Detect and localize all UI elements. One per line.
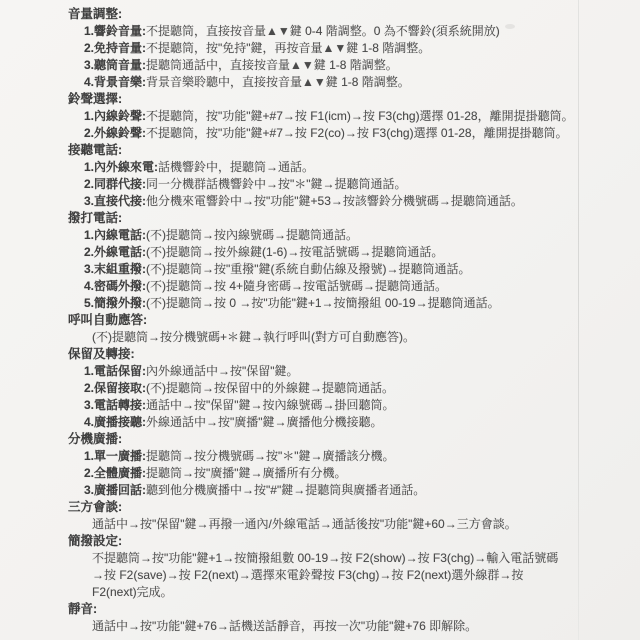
item-text: 同一分機群話機響鈴中→按"＊"鍵→提聽筒通話。	[146, 177, 407, 191]
section-title: 靜音:	[68, 601, 608, 618]
item-label: 3.末組重撥:	[84, 262, 146, 276]
instruction-line: 2.全體廣播:提聽筒→按"廣播"鍵→廣播所有分機。	[68, 465, 608, 482]
instruction-line: 3.末組重撥:(不)提聽筒→按"重撥"鍵(系統自動佔線及撥號)→提聽筒通話。	[68, 261, 608, 278]
instruction-line: 4.密碼外撥:(不)提聽筒→按 4+隨身密碼→按電話號碼→提聽筒通話。	[68, 278, 608, 295]
item-label: 2.免持音量:	[84, 41, 146, 55]
instruction-line: 4.廣播接聽:外線通話中→按"廣播"鍵→廣播他分機接聽。	[68, 414, 608, 431]
section-title: 音量調整:	[68, 6, 608, 23]
instruction-line: 2.外線鈴聲:不提聽筒，按"功能"鍵+#7→按 F2(co)→按 F3(chg)…	[68, 125, 608, 142]
item-text: 通話中→按"保留"鍵→按內線號碼→掛回聽筒。	[146, 398, 395, 412]
section-title: 分機廣播:	[68, 431, 608, 448]
instruction-line: 1.內線電話:(不)提聽筒→按內線號碼→提聽筒通話。	[68, 227, 608, 244]
item-label: 3.電話轉接:	[84, 398, 146, 412]
item-label: 2.全體廣播:	[84, 466, 146, 480]
item-text: →按 F2(save)→按 F2(next)→選擇來電鈴聲按 F3(chg)→按…	[92, 568, 523, 582]
section-title: 三方會談:	[68, 499, 608, 516]
item-label: 1.內外線來電:	[84, 160, 158, 174]
item-text: (不)提聽筒→按"重撥"鍵(系統自動佔線及撥號)→提聽筒通話。	[146, 262, 471, 276]
item-label: 1.內線鈴聲:	[84, 109, 146, 123]
item-label: 2.同群代接:	[84, 177, 146, 191]
item-label: 4.廣播接聽:	[84, 415, 146, 429]
item-label: 2.保留接取:	[84, 381, 146, 395]
item-text: (不)提聽筒→按 4+隨身密碼→按電話號碼→提聽筒通話。	[146, 279, 447, 293]
item-label: 2.外線電話:	[84, 245, 146, 259]
item-text: 提聽筒→按分機號碼→按"＊"鍵→廣播該分機。	[146, 449, 395, 463]
item-label: 1.響鈴音量:	[84, 24, 146, 38]
instruction-line: 1.內外線來電:話機響鈴中，提聽筒→通話。	[68, 159, 608, 176]
item-text: 不提聽筒→按"功能"鍵+1→按簡撥組數 00-19→按 F2(show)→按 F…	[92, 551, 558, 565]
item-text: 他分機來電響鈴中→按"功能"鍵+53→按該響鈴分機號碼→提聽筒通話。	[146, 194, 523, 208]
instruction-line: 4.背景音樂:背景音樂聆聽中，直接按音量▲▼鍵 1-8 階調整。	[68, 74, 608, 91]
item-label: 1.內線電話:	[84, 228, 146, 242]
item-text: (不)提聽筒→按內線號碼→提聽筒通話。	[146, 228, 358, 242]
instruction-line: 1.電話保留:內外線通話中→按"保留"鍵。	[68, 363, 608, 380]
item-label: 3.直接代接:	[84, 194, 146, 208]
instruction-line: 5.簡撥外撥:(不)提聽筒→按 0 →按"功能"鍵+1→按簡撥組 00-19→提…	[68, 295, 608, 312]
instruction-line: F2(next)完成。	[68, 584, 608, 601]
item-text: F2(next)完成。	[92, 585, 173, 599]
instruction-line: →按 F2(save)→按 F2(next)→選擇來電鈴聲按 F3(chg)→按…	[68, 567, 608, 584]
item-label: 3.廣播回話:	[84, 483, 146, 497]
item-label: 4.背景音樂:	[84, 75, 146, 89]
section-title: 接聽電話:	[68, 142, 608, 159]
instruction-line: (不)提聽筒→按分機號碼+＊鍵→執行呼叫(對方可自動應答)。	[68, 329, 608, 346]
instruction-line: 3.直接代接:他分機來電響鈴中→按"功能"鍵+53→按該響鈴分機號碼→提聽筒通話…	[68, 193, 608, 210]
item-text: (不)提聽筒→按保留中的外線鍵→提聽筒通話。	[146, 381, 394, 395]
section-title: 呼叫自動應答:	[68, 312, 608, 329]
item-label: 2.外線鈴聲:	[84, 126, 146, 140]
section-title: 鈴聲選擇:	[68, 91, 608, 108]
instruction-line: 3.聽筒音量:提聽筒通話中，直接按音量▲▼鍵 1-8 階調整。	[68, 57, 608, 74]
item-text: 通話中→按"功能"鍵+76→話機送話靜音，再按一次"功能"鍵+76 即解除。	[92, 619, 477, 633]
section-title: 撥打電話:	[68, 210, 608, 227]
instruction-line: 2.外線電話:(不)提聽筒→按外線鍵(1-6)→按電話號碼→提聽筒通話。	[68, 244, 608, 261]
instruction-line: 通話中→按"功能"鍵+76→話機送話靜音，再按一次"功能"鍵+76 即解除。	[68, 618, 608, 635]
item-text: 提聽筒通話中，直接按音量▲▼鍵 1-8 階調整。	[146, 58, 398, 72]
item-text: (不)提聽筒→按分機號碼+＊鍵→執行呼叫(對方可自動應答)。	[92, 330, 415, 344]
instruction-line: 1.內線鈴聲:不提聽筒，按"功能"鍵+#7→按 F1(icm)→按 F3(chg…	[68, 108, 608, 125]
item-text: 內外線通話中→按"保留"鍵。	[146, 364, 299, 378]
section-title: 保留及轉接:	[68, 346, 608, 363]
item-text: (不)提聽筒→按 0 →按"功能"鍵+1→按簡撥組 00-19→提聽筒通話。	[146, 296, 500, 310]
instruction-line: 1.單一廣播:提聽筒→按分機號碼→按"＊"鍵→廣播該分機。	[68, 448, 608, 465]
item-label: 1.電話保留:	[84, 364, 146, 378]
instruction-line: 3.電話轉接:通話中→按"保留"鍵→按內線號碼→掛回聽筒。	[68, 397, 608, 414]
scanned-manual-page: 音量調整:1.響鈴音量:不提聽筒，直接按音量▲▼鍵 0-4 階調整。0 為不響鈴…	[0, 0, 640, 640]
instruction-line: 2.免持音量:不提聽筒，按"免持"鍵，再按音量▲▼鍵 1-8 階調整。	[68, 40, 608, 57]
item-text: 不提聽筒，按"功能"鍵+#7→按 F1(icm)→按 F3(chg)選擇 01-…	[146, 109, 574, 123]
item-text: 背景音樂聆聽中，直接按音量▲▼鍵 1-8 階調整。	[146, 75, 410, 89]
item-text: 不提聽筒，直接按音量▲▼鍵 0-4 階調整。0 為不響鈴(須系統開放)	[146, 24, 500, 38]
item-text: 提聽筒→按"廣播"鍵→廣播所有分機。	[146, 466, 347, 480]
item-label: 1.單一廣播:	[84, 449, 146, 463]
item-text: 外線通話中→按"廣播"鍵→廣播他分機接聽。	[146, 415, 383, 429]
document-content: 音量調整:1.響鈴音量:不提聽筒，直接按音量▲▼鍵 0-4 階調整。0 為不響鈴…	[68, 6, 608, 635]
instruction-line: 1.響鈴音量:不提聽筒，直接按音量▲▼鍵 0-4 階調整。0 為不響鈴(須系統開…	[68, 23, 608, 40]
item-text: (不)提聽筒→按外線鍵(1-6)→按電話號碼→提聽筒通話。	[146, 245, 443, 259]
item-text: 話機響鈴中，提聽筒→通話。	[158, 160, 314, 174]
item-label: 4.密碼外撥:	[84, 279, 146, 293]
instruction-line: 通話中→按"保留"鍵→再撥一通內/外線電話→通話後按"功能"鍵+60→三方會談。	[68, 516, 608, 533]
instruction-line: 2.同群代接:同一分機群話機響鈴中→按"＊"鍵→提聽筒通話。	[68, 176, 608, 193]
item-text: 通話中→按"保留"鍵→再撥一通內/外線電話→通話後按"功能"鍵+60→三方會談。	[92, 517, 517, 531]
item-text: 不提聽筒，按"功能"鍵+#7→按 F2(co)→按 F3(chg)選擇 01-2…	[146, 126, 568, 140]
item-text: 不提聽筒，按"免持"鍵，再按音量▲▼鍵 1-8 階調整。	[146, 41, 430, 55]
item-label: 5.簡撥外撥:	[84, 296, 146, 310]
instruction-line: 不提聽筒→按"功能"鍵+1→按簡撥組數 00-19→按 F2(show)→按 F…	[68, 550, 608, 567]
instruction-line: 3.廣播回話:聽到他分機廣播中→按"#"鍵→提聽筒與廣播者通話。	[68, 482, 608, 499]
section-title: 簡撥設定:	[68, 533, 608, 550]
item-text: 聽到他分機廣播中→按"#"鍵→提聽筒與廣播者通話。	[146, 483, 425, 497]
instruction-line: 2.保留接取:(不)提聽筒→按保留中的外線鍵→提聽筒通話。	[68, 380, 608, 397]
item-label: 3.聽筒音量:	[84, 58, 146, 72]
